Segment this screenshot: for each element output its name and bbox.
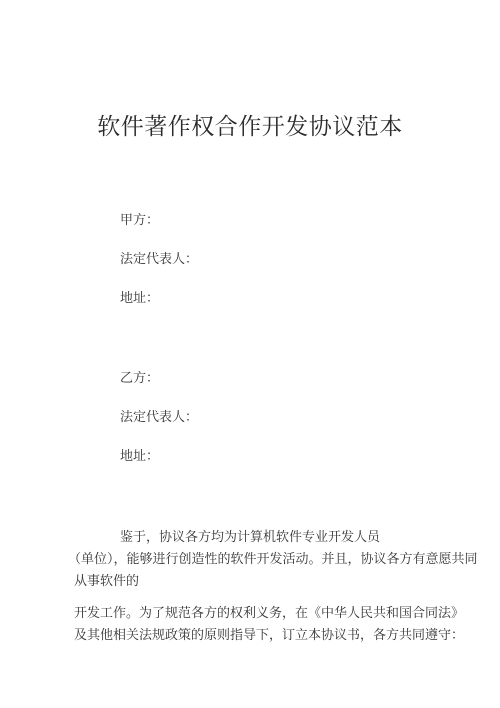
party-a-label: 甲方： [120, 209, 159, 228]
party-a-address: 地址： [120, 287, 159, 306]
preamble-line-5: 及其他相关法规政策的原则指导下，订立本协议书，各方共同遵守： [74, 624, 464, 643]
preamble-line-3: 从事软件的 [74, 570, 139, 589]
document-title: 软件著作权合作开发协议范本 [0, 108, 500, 141]
preamble-line-1: 鉴于，协议各方均为计算机软件专业开发人员 [120, 526, 380, 545]
preamble-line-4: 开发工作。为了规范各方的权利义务，在《中华人民共和国合同法》 [74, 602, 464, 621]
party-b-address: 地址： [120, 445, 159, 464]
party-a-representative: 法定代表人： [120, 248, 198, 267]
preamble-line-2: （单位），能够进行创造性的软件开发活动。并且，协议各方有意愿共同 [68, 548, 478, 567]
party-b-label: 乙方： [120, 367, 159, 386]
party-b-representative: 法定代表人： [120, 406, 198, 425]
